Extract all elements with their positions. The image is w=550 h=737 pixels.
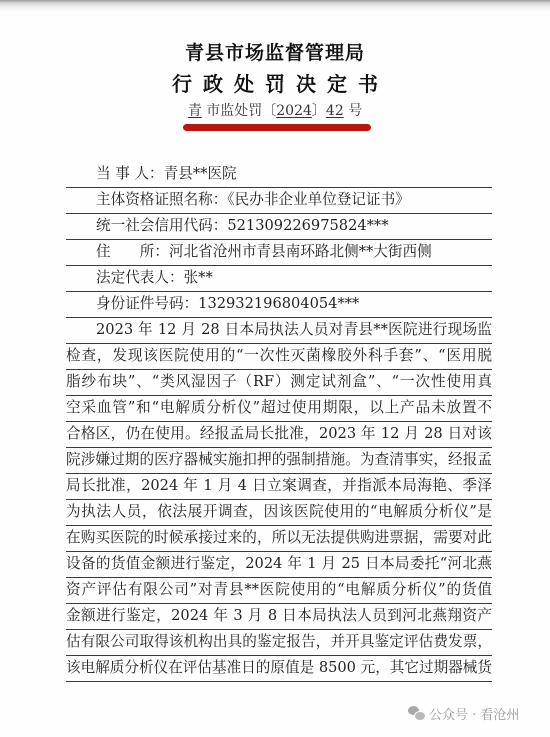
body-line: 设备的货值金额进行鉴定，2024 年 1 月 25 日本局委托“河北燕翔: [66, 552, 492, 578]
body-line: 金额进行鉴定，2024 年 3 月 8 日本局执法人员到河北燕翔资产评: [66, 604, 492, 630]
doc-number-middle: 市监处罚〔: [206, 103, 276, 119]
field-credit-code: 统一社会信用代码：521309226975824***: [66, 214, 492, 240]
field-address: 住 所：河北省沧州市青县南环路北侧**大街西侧: [66, 240, 492, 266]
body-line: 脂纱布块”、“类风湿因子（RF）测定试剂盒”、“一次性使用真: [66, 370, 492, 396]
body-line: 估有限公司取得该机构出具的鉴定报告，并开具鉴定评估费发票，: [66, 630, 492, 656]
field-label: 统一社会信用代码：: [96, 217, 227, 234]
field-value: 青县**医院: [164, 165, 237, 182]
body-line: 为执法人员，依法展开调查，因该医院使用的“电解质分析仪”是: [66, 500, 492, 526]
field-value: 132932196804054***: [198, 295, 359, 312]
body-line: 合格区，仍在使用。经报孟局长批准，2023 年 12 月 28 日对该医: [66, 422, 492, 448]
red-separator-bar: [183, 124, 371, 131]
field-id-number: 身份证件号码：132932196804054***: [66, 292, 492, 318]
wechat-icon: [408, 706, 424, 720]
body-line: 检查，发现该医院使用的“一次性灭菌橡胶外科手套”、“医用脱: [66, 344, 492, 370]
body-line: 该电解质分析仪在评估基准日的原值是 8500 元，其它过期器械货: [66, 656, 492, 682]
body-line: 资产评估有限公司”对青县**医院使用的“电解质分析仪”的货值: [66, 578, 492, 604]
page-top-shadow: [0, 0, 550, 12]
field-party: 当 事 人：青县**医院: [66, 162, 492, 188]
field-value: 河北省沧州市青县南环路北侧**大街西侧: [169, 243, 432, 260]
doc-number-year: 2024: [276, 103, 312, 119]
field-label: 住 所：: [96, 243, 169, 260]
field-value: 张**: [184, 269, 213, 286]
doc-number-prefix: 青: [188, 103, 202, 119]
field-value: 《民办非企业单位登记证书》: [227, 191, 409, 208]
wechat-watermark: 公众号 · 看沧州: [408, 703, 519, 723]
document-number: 青 市监处罚〔2024〕42 号: [0, 101, 550, 121]
agency-title: 青县市场监督管理局: [0, 40, 550, 66]
body-line: 2023 年 12 月 28 日本局执法人员对青县**医院进行现场监督: [66, 318, 492, 344]
body-line: 在购买医院的时候承接过来的，所以无法提供购进票据，需要对此: [66, 526, 492, 552]
field-label: 法定代表人：: [96, 269, 184, 286]
doc-number-number: 42: [326, 103, 344, 119]
doc-number-suffix: 号: [348, 103, 362, 119]
field-label: 当 事 人：: [96, 165, 164, 182]
body-line: 院涉嫌过期的医疗器械实施扣押的强制措施。为查清事实，经报孟: [66, 448, 492, 474]
doc-number-close: 〕: [312, 103, 326, 119]
field-label: 主体资格证照名称：: [96, 191, 227, 208]
field-legal-rep: 法定代表人：张**: [66, 266, 492, 292]
field-value: 521309226975824***: [227, 217, 388, 234]
document-type-title: 行政处罚决定书: [0, 70, 550, 98]
body-line: 空采血管”和“电解质分析仪”超过使用期限，以上产品未放置不: [66, 396, 492, 422]
field-license-name: 主体资格证照名称：《民办非企业单位登记证书》: [66, 188, 492, 214]
watermark-text: 公众号 · 看沧州: [429, 704, 519, 723]
field-label: 身份证件号码：: [96, 295, 198, 312]
body-line: 局长批准，2024 年 1 月 4 日立案调查，并指派本局海艳、季泽坤: [66, 474, 492, 500]
